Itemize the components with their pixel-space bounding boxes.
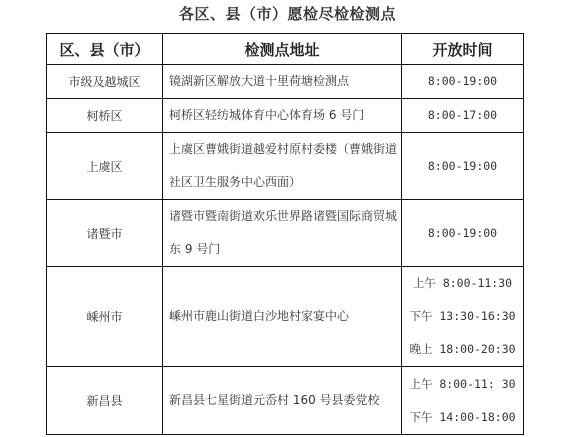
hours-cell: 上午 8:00-11: 30 下午 14:00-18:00: [402, 367, 524, 435]
hours-line: 8:00-19:00: [402, 150, 523, 183]
district-cell: 柯桥区: [47, 99, 163, 133]
hours-cell: 8:00-19:00: [402, 200, 524, 267]
hours-line-afternoon: 下午 13:30-16:30: [402, 300, 523, 333]
hours-cell: 8:00-17:00: [402, 99, 524, 133]
hours-line: 8:00-17:00: [402, 99, 523, 132]
header-address: 检测点地址: [163, 34, 402, 65]
address-cell: 镜湖新区解放大道十里荷塘检测点: [163, 65, 402, 99]
address-cell: 柯桥区轻纺城体育中心体育场 6 号门: [163, 99, 402, 133]
hours-cell: 8:00-19:00: [402, 65, 524, 99]
table-row: 市级及越城区 镜湖新区解放大道十里荷塘检测点 8:00-19:00: [47, 65, 524, 99]
address-cell: 上虞区曹娥街道越爱村原村委楼（曹娥街道社区卫生服务中心西面）: [163, 133, 402, 200]
testing-sites-table: 区、县（市） 检测点地址 开放时间 市级及越城区 镜湖新区解放大道十里荷塘检测点…: [46, 33, 524, 435]
hours-line-evening: 晚上 18:00-20:30: [402, 333, 523, 366]
hours-line: 8:00-19:00: [402, 217, 523, 250]
hours-line-morning: 上午 8:00-11:30: [402, 267, 523, 300]
table-row: 嵊州市 嵊州市鹿山街道白沙地村家宴中心 上午 8:00-11:30 下午 13:…: [47, 267, 524, 367]
hours-line: 8:00-19:00: [402, 65, 523, 98]
address-cell: 新昌县七星街道元岙村 160 号县委党校: [163, 367, 402, 435]
district-cell: 诸暨市: [47, 200, 163, 267]
district-cell: 上虞区: [47, 133, 163, 200]
district-cell: 嵊州市: [47, 267, 163, 367]
hours-cell: 上午 8:00-11:30 下午 13:30-16:30 晚上 18:00-20…: [402, 267, 524, 367]
hours-cell: 8:00-19:00: [402, 133, 524, 200]
document-title: 各区、县（市）愿检尽检检测点: [0, 3, 575, 24]
table-row: 新昌县 新昌县七星街道元岙村 160 号县委党校 上午 8:00-11: 30 …: [47, 367, 524, 435]
district-cell: 市级及越城区: [47, 65, 163, 99]
address-cell: 嵊州市鹿山街道白沙地村家宴中心: [163, 267, 402, 367]
table-row: 诸暨市 诸暨市暨南街道欢乐世界路诸暨国际商贸城东 9 号门 8:00-19:00: [47, 200, 524, 267]
district-cell: 新昌县: [47, 367, 163, 435]
header-hours: 开放时间: [402, 34, 524, 65]
address-cell: 诸暨市暨南街道欢乐世界路诸暨国际商贸城东 9 号门: [163, 200, 402, 267]
table-header-row: 区、县（市） 检测点地址 开放时间: [47, 34, 524, 65]
hours-line-morning: 上午 8:00-11: 30: [402, 368, 523, 401]
table-row: 柯桥区 柯桥区轻纺城体育中心体育场 6 号门 8:00-17:00: [47, 99, 524, 133]
header-district: 区、县（市）: [47, 34, 163, 65]
table-row: 上虞区 上虞区曹娥街道越爱村原村委楼（曹娥街道社区卫生服务中心西面） 8:00-…: [47, 133, 524, 200]
hours-line-afternoon: 下午 14:00-18:00: [402, 401, 523, 434]
